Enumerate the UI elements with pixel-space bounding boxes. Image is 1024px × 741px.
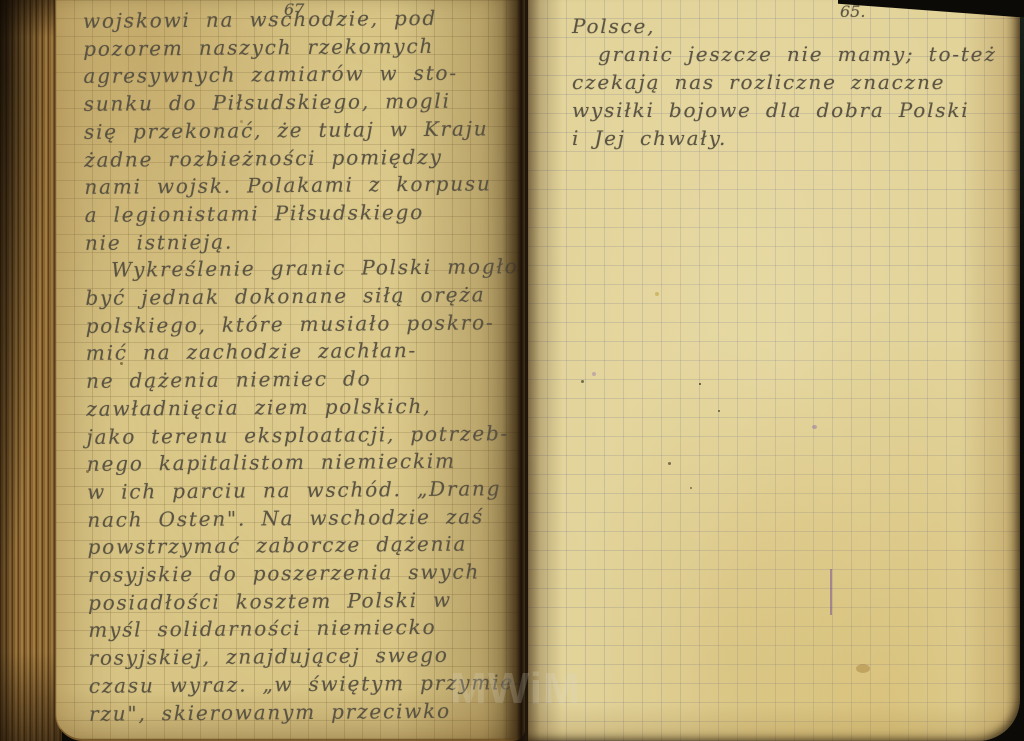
- handwritten-line: myśl solidarności niemiecko: [88, 614, 524, 646]
- handwritten-line: nami wojsk. Polakami z korpusu: [84, 170, 520, 202]
- handwritten-line: i Jej chwały.: [572, 124, 1012, 152]
- handwritten-line: a legionistami Piłsudskiego: [85, 198, 521, 230]
- handwritten-line: ne dążenia niemiec do: [86, 364, 522, 396]
- paper-speck: [812, 425, 817, 429]
- handwritten-line: nach Osten". Na wschodzie zaś: [87, 503, 523, 535]
- paper-speck: [856, 664, 870, 673]
- handwritten-line: granic jeszcze nie mamy; to-też: [572, 40, 1012, 68]
- handwritten-line: pozorem naszych rzekomych: [83, 32, 519, 64]
- page-stack-edge: [0, 0, 62, 741]
- handwritten-line: posiadłości kosztem Polski w: [88, 586, 524, 618]
- handwritten-line: nie istnieją.: [85, 226, 521, 258]
- handwritten-line: być jednak dokonane siłą oręża: [85, 281, 521, 313]
- handwritten-line: polskiego, które musiało poskro-: [86, 309, 522, 341]
- handwritten-line: wojskowi na wschodzie, pod: [83, 4, 519, 36]
- handwritten-line: zawładnięcia ziem polskich,: [86, 392, 522, 424]
- handwritten-line: wysiłki bojowe dla dobra Polski: [572, 96, 1012, 124]
- paper-speck: [668, 462, 671, 465]
- left-page-text: wojskowi na wschodzie, pod pozorem naszy…: [83, 4, 525, 728]
- handwritten-line: nego kapitalistom niemieckim: [87, 447, 523, 479]
- handwritten-line: czekają nas rozliczne znaczne: [572, 68, 1012, 96]
- paper-speck: [655, 292, 659, 296]
- ink-streak: [830, 569, 832, 615]
- right-page-text: Polsce, granic jeszcze nie mamy; to-też …: [572, 12, 1012, 152]
- handwritten-line: żadne rozbieżności pomiędzy: [84, 143, 520, 175]
- handwritten-line: Wykreślenie granic Polski mogło: [85, 253, 521, 285]
- handwritten-line: się przekonać, że tutaj w Kraju: [84, 115, 520, 147]
- paper-speck: [120, 362, 123, 365]
- handwritten-line: jako terenu eksploatacji, potrzeb-: [86, 420, 522, 452]
- notebook-spread: 67 wojskowi na wschodzie, pod pozorem na…: [0, 0, 1024, 741]
- binding-gutter: [502, 0, 540, 741]
- paper-speck: [592, 372, 596, 376]
- handwritten-line: mić na zachodzie zachłan-: [86, 337, 522, 369]
- handwritten-line: powstrzymać zaborcze dążenia: [87, 530, 523, 562]
- handwritten-line: agresywnych zamiarów w sto-: [83, 60, 519, 92]
- handwritten-line: Polsce,: [572, 12, 1012, 40]
- right-page: 65. Polsce, granic jeszcze nie mamy; to-…: [528, 0, 1020, 741]
- paper-speck: [718, 410, 720, 412]
- left-page: 67 wojskowi na wschodzie, pod pozorem na…: [55, 0, 525, 741]
- handwritten-line: w ich parciu na wschód. „Drang: [87, 475, 523, 507]
- archive-watermark: MWiM: [450, 664, 581, 714]
- paper-speck: [581, 380, 584, 383]
- paper-speck: [699, 383, 701, 385]
- paper-speck: [690, 487, 692, 489]
- paper-speck: [240, 120, 243, 123]
- paper-speck: [86, 470, 89, 473]
- handwritten-line: sunku do Piłsudskiego, mogli: [84, 87, 520, 119]
- handwritten-line: rosyjskie do poszerzenia swych: [88, 558, 524, 590]
